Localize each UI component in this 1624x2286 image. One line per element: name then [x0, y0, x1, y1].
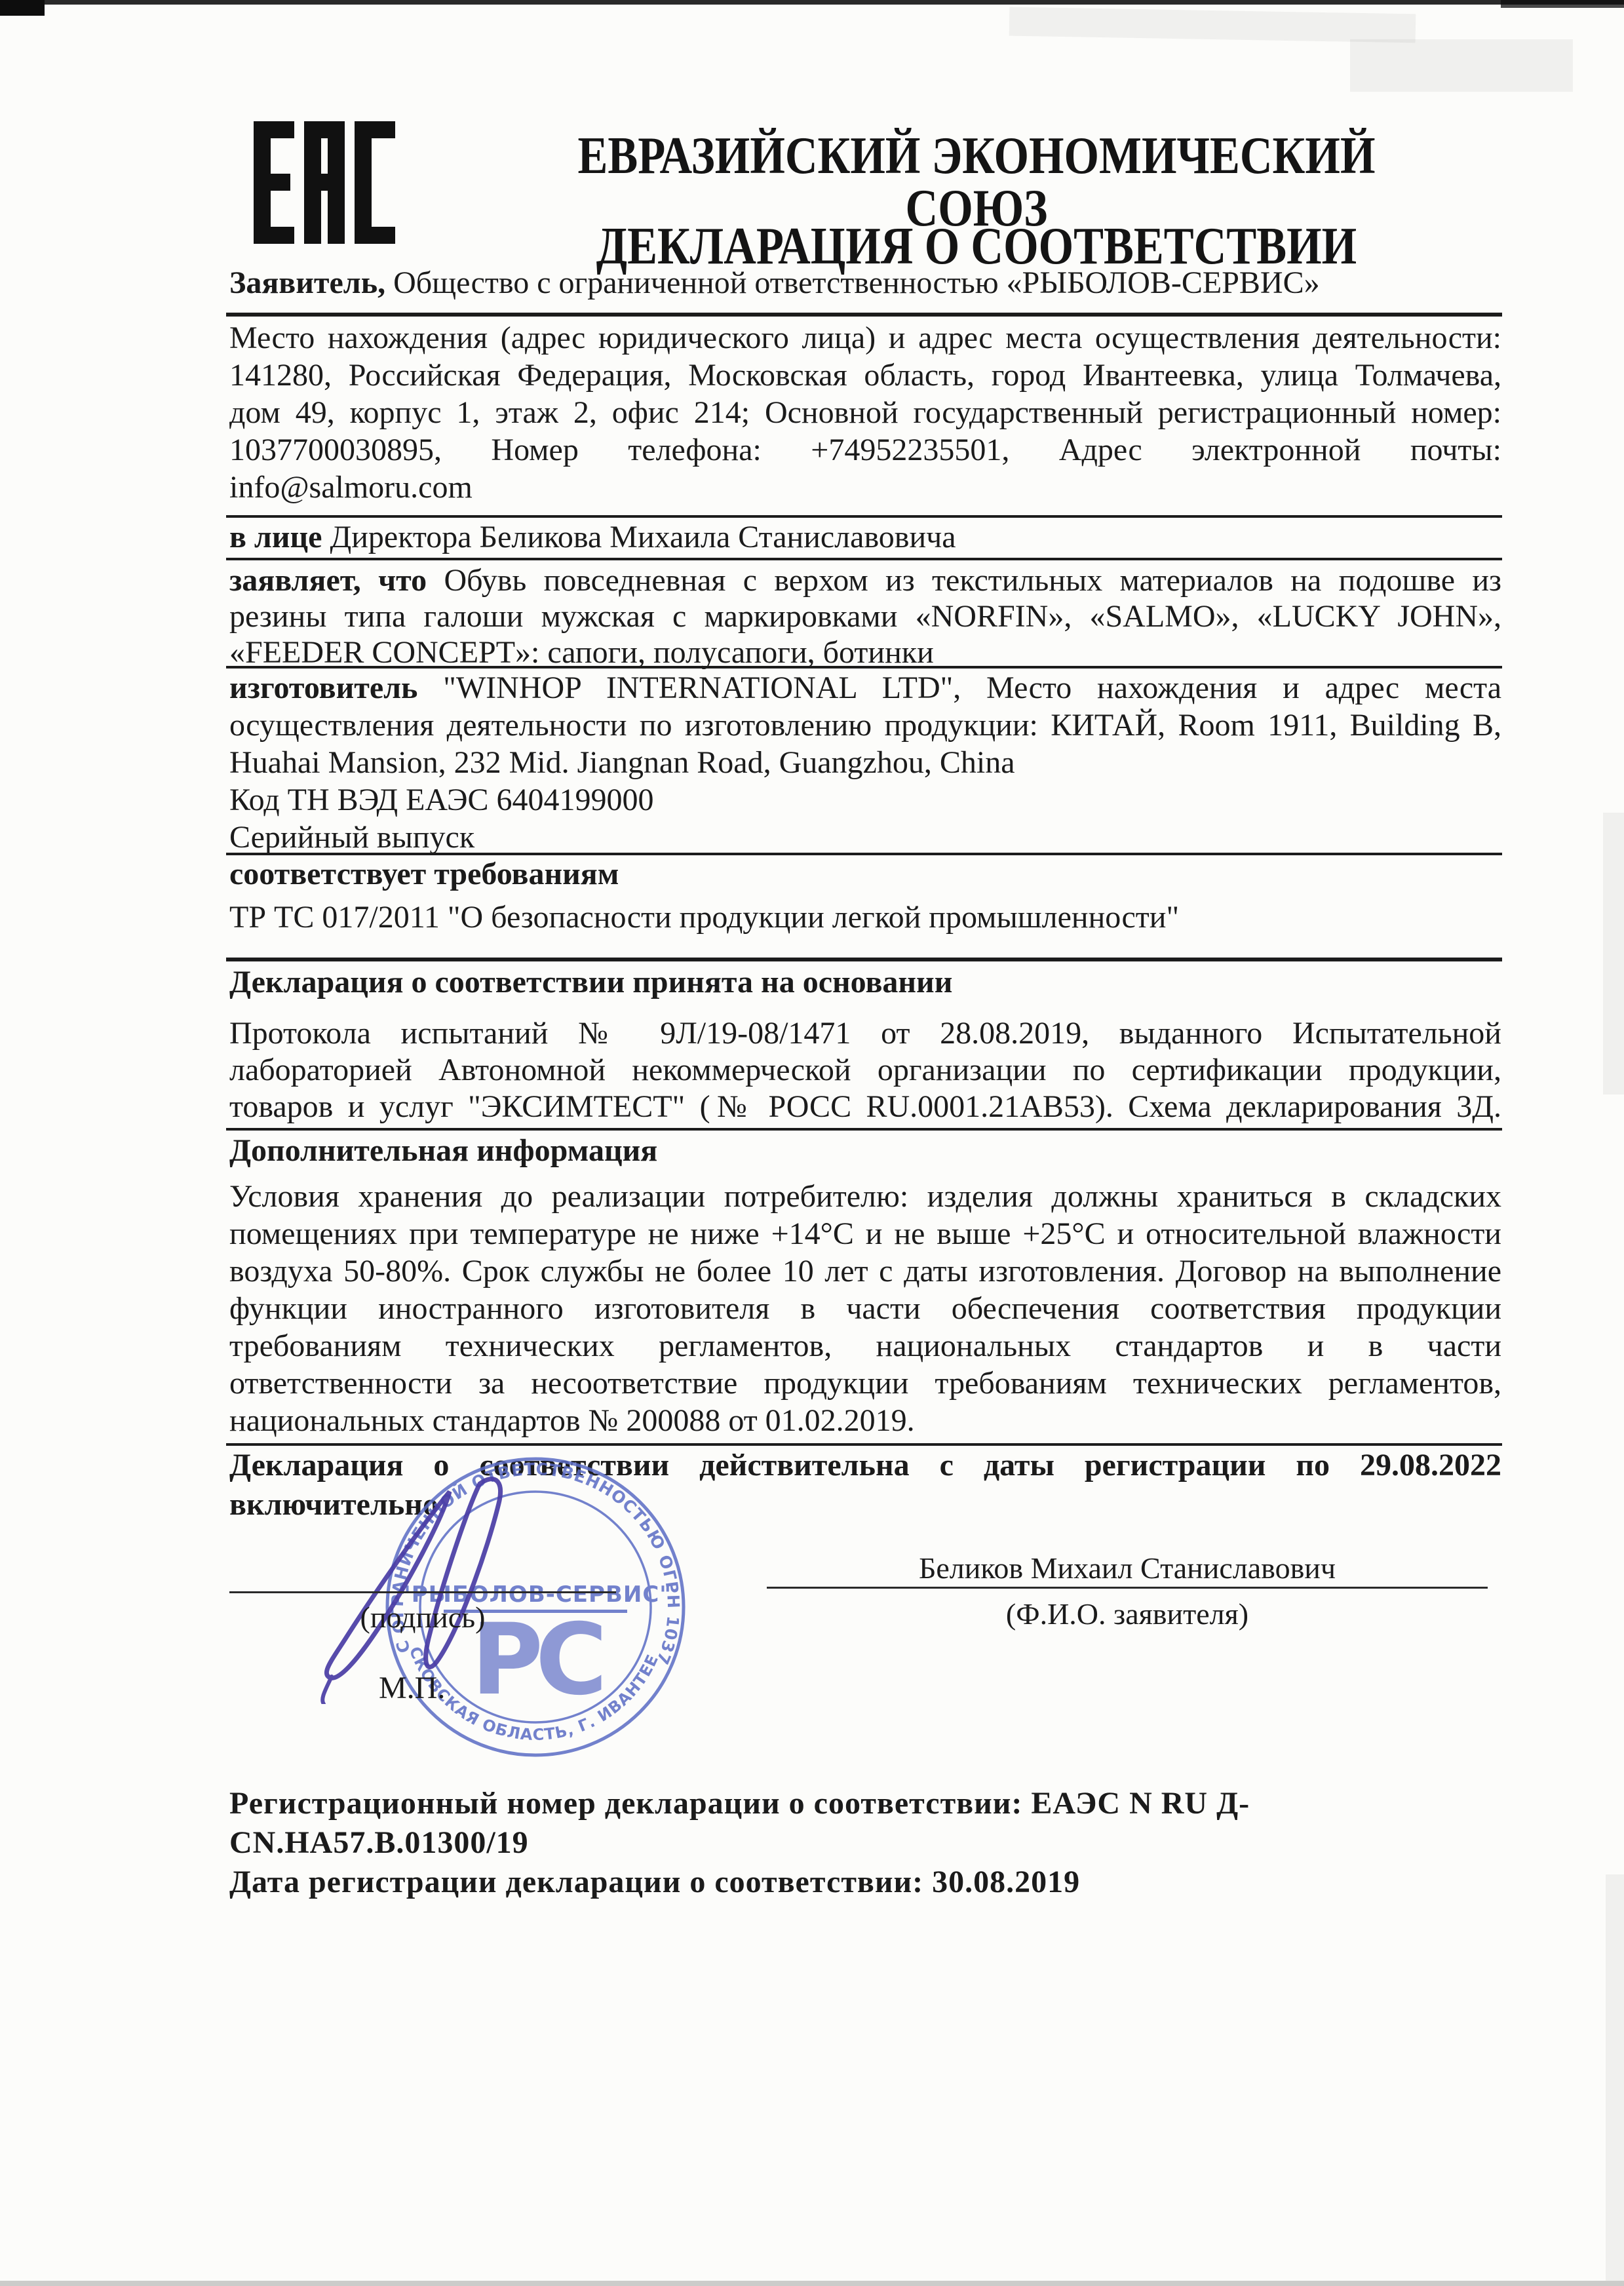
basis-line: Протокола испытаний № 9Л/19-08/1471 от 2…	[229, 1015, 1501, 1052]
scan-edge-bottom	[0, 2281, 1624, 2286]
separator-4	[226, 666, 1502, 668]
product-declaration: заявляет, что Обувь повседневная с верхо…	[229, 562, 1501, 670]
separator-2	[226, 515, 1502, 518]
manufacturer-block: изготовитель "WINHOP INTERNATIONAL LTD",…	[229, 669, 1501, 856]
applicant-value: Общество с ограниченной ответственностью…	[385, 265, 1320, 300]
declares-line1: Обувь повседневная с верхом из текстильн…	[427, 563, 1501, 598]
additional-line: Условия хранения до реализации потребите…	[229, 1178, 1501, 1215]
address-line: 141280, Российская Федерация, Московская…	[229, 357, 1501, 394]
address-line: дом 49, корпус 1, этаж 2, офис 214; Осно…	[229, 394, 1501, 431]
registration-date: Дата регистрации декларации о соответств…	[229, 1863, 1501, 1902]
separator-6	[226, 958, 1502, 961]
eac-logo	[254, 121, 395, 244]
declares-label: заявляет, что	[229, 563, 427, 598]
additional-block: Условия хранения до реализации потребите…	[229, 1178, 1501, 1439]
stamp-place-label: М.П.	[379, 1670, 445, 1706]
person-value: Директора Беликова Михаила Станиславович…	[322, 520, 956, 554]
additional-line: требованиям технических регламентов, нац…	[229, 1327, 1501, 1365]
basis-block: Протокола испытаний № 9Л/19-08/1471 от 2…	[229, 1015, 1501, 1125]
basis-line: товаров и услуг "ЭКСИМТЕСТ" (№ РОСС RU.0…	[229, 1089, 1501, 1125]
applicant-label: Заявитель,	[229, 265, 385, 300]
additional-line: ответственности за несоответствие продук…	[229, 1365, 1501, 1402]
person-line: в лице Директора Беликова Михаила Станис…	[229, 520, 1501, 555]
additional-line: воздуха 50-80%. Срок службы не более 10 …	[229, 1252, 1501, 1290]
signature-line	[229, 1591, 616, 1593]
separator-5	[226, 853, 1502, 855]
declaration-document: ЕВРАЗИЙСКИЙ ЭКОНОМИЧЕСКИЙ СОЮЗ ДЕКЛАРАЦИ…	[0, 0, 1624, 2286]
scan-smudge-2	[1350, 39, 1573, 92]
manufacturer-line3: Huahai Mansion, 232 Mid. Jiangnan Road, …	[229, 744, 1501, 781]
address-block: Место нахождения (адрес юридического лиц…	[229, 319, 1501, 506]
additional-line: национальных стандартов № 200088 от 01.0…	[229, 1402, 1501, 1439]
name-line	[767, 1587, 1488, 1589]
applicant-name: Беликов Михаил Станиславович	[767, 1551, 1488, 1585]
address-line: 1037700030895, Номер телефона: +74952235…	[229, 431, 1501, 469]
scan-edge-top-right	[1501, 0, 1624, 8]
scan-edge-top-left	[0, 0, 45, 16]
address-line: Место нахождения (адрес юридического лиц…	[229, 319, 1501, 357]
separator-7	[226, 1128, 1502, 1131]
scan-smudge-1	[1009, 7, 1416, 43]
declares-line3: «FEEDER CONCEPT»: сапоги, полусапоги, бо…	[229, 634, 1501, 670]
signature-caption: (подпись)	[229, 1600, 616, 1635]
registration-block: Регистрационный номер декларации о соотв…	[229, 1784, 1501, 1902]
address-email: info@salmoru.com	[229, 469, 1501, 506]
scan-smudge-right-1	[1603, 813, 1624, 1095]
handwritten-signature	[282, 1468, 583, 1704]
additional-line: функции иностранного изготовителя в част…	[229, 1290, 1501, 1327]
separator-1	[226, 313, 1502, 317]
conforms-heading: соответствует требованиям	[229, 856, 1501, 892]
separator-3	[226, 558, 1502, 560]
additional-line: помещениях при температуре не ниже +14°С…	[229, 1215, 1501, 1252]
person-label: в лице	[229, 520, 322, 554]
basis-line: лабораторией Автономной некоммерческой о…	[229, 1052, 1501, 1089]
applicant-line: Заявитель, Общество с ограниченной ответ…	[229, 265, 1501, 301]
scan-smudge-right-2	[1606, 1874, 1624, 2281]
name-caption: (Ф.И.О. заявителя)	[767, 1597, 1488, 1631]
conforms-regulation: ТР ТС 017/2011 "О безопасности продукции…	[229, 899, 1501, 935]
manufacturer-line1: "WINHOP INTERNATIONAL LTD", Место нахожд…	[417, 670, 1501, 705]
basis-heading: Декларация о соответствии принята на осн…	[229, 964, 1501, 1000]
tnved-code: Код ТН ВЭД ЕАЭС 6404199000	[229, 781, 1501, 819]
serial-issue: Серийный выпуск	[229, 819, 1501, 856]
additional-heading: Дополнительная информация	[229, 1133, 1501, 1169]
scan-edge-top	[0, 0, 1624, 5]
manufacturer-line2: осуществления деятельности по изготовлен…	[229, 707, 1501, 744]
registration-number-line2: CN.HA57.B.01300/19	[229, 1823, 1501, 1863]
manufacturer-label: изготовитель	[229, 670, 417, 705]
declares-line2: резины типа галоши мужская с маркировкам…	[229, 598, 1501, 634]
registration-number-line1: Регистрационный номер декларации о соотв…	[229, 1784, 1501, 1823]
